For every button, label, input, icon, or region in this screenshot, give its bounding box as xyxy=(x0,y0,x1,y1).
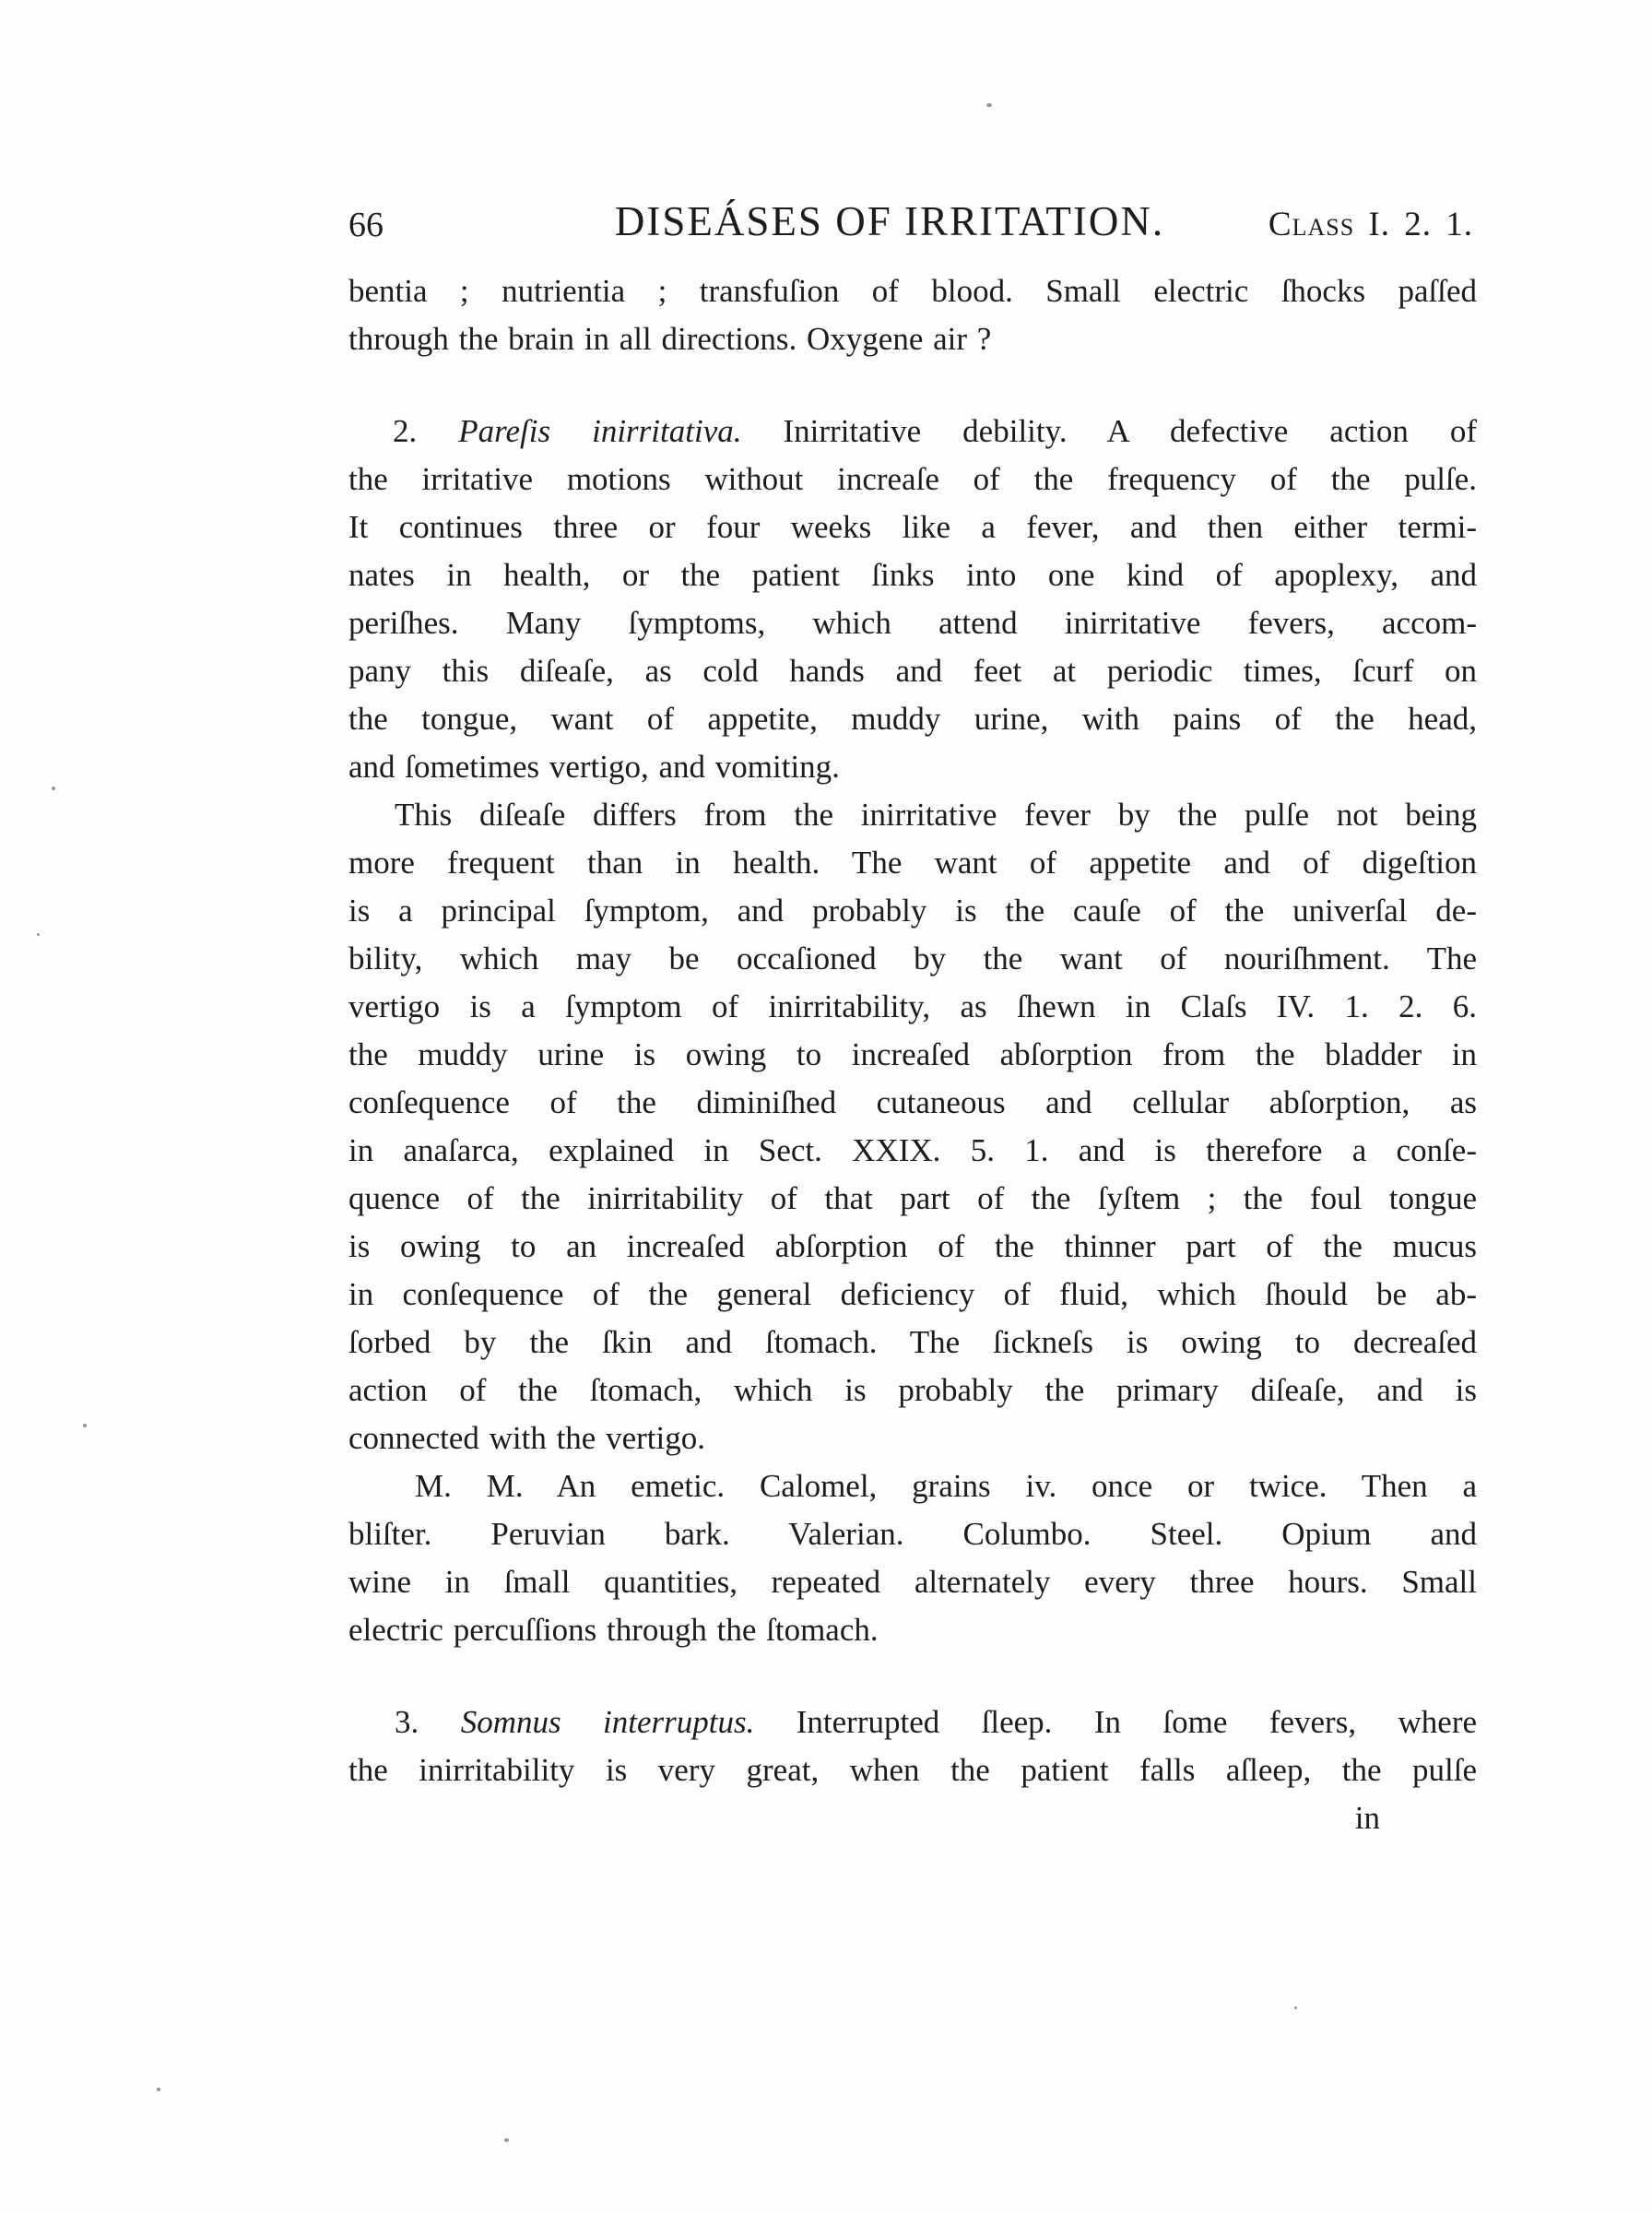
text-line: the irritative motions without increaſe … xyxy=(348,456,1477,503)
text-line: 2. Pareſis inirritativa. Inirritative de… xyxy=(348,408,1477,456)
text-line: wine in ſmall quantities, repeated alter… xyxy=(348,1558,1477,1606)
text-segment: is owing to an increaſed abſorption of t… xyxy=(348,1228,1477,1264)
text-line: in conſequence of the general deficiency… xyxy=(348,1271,1477,1319)
text-segment: more frequent than in health. The want o… xyxy=(348,845,1477,881)
text-line: bility, which may be occaſioned by the w… xyxy=(348,935,1477,983)
text-line: This diſeaſe differs from the inirritati… xyxy=(348,791,1477,839)
text-line: 3. Somnus interruptus. Interrupted ſleep… xyxy=(348,1698,1477,1746)
text-line: vertigo is a ſymptom of inirritability, … xyxy=(348,983,1477,1031)
catchword: in xyxy=(348,1794,1477,1842)
paragraph: 2. Pareſis inirritativa. Inirritative de… xyxy=(348,408,1477,791)
running-section-label: Class I. 2. 1. xyxy=(1268,207,1473,243)
text-line: is a principal ſymptom, and probably is … xyxy=(348,887,1477,935)
text-segment: Inirritative debility. A defective actio… xyxy=(741,413,1477,449)
text-segment: bliſter. Peruvian bark. Valerian. Columb… xyxy=(348,1516,1477,1552)
book-page: 66 DISEÁSES OF IRRITATION. Class I. 2. 1… xyxy=(0,0,1652,2213)
text-line: pany this diſeaſe, as cold hands and fee… xyxy=(348,647,1477,695)
text-line: is owing to an increaſed abſorption of t… xyxy=(348,1223,1477,1271)
paragraph: bentia ; nutrientia ; transfuſion of blo… xyxy=(348,267,1477,363)
paragraph: M. M. An emetic. Calomel, grains iv. onc… xyxy=(348,1462,1477,1654)
text-line: the inirritability is very great, when t… xyxy=(348,1746,1477,1794)
text-line: action of the ſtomach, which is probably… xyxy=(348,1367,1477,1414)
text-segment: the irritative motions without increaſe … xyxy=(348,461,1477,497)
text-block: bentia ; nutrientia ; transfuſion of blo… xyxy=(348,267,1477,1842)
ink-speck xyxy=(52,787,55,790)
text-segment: periſhes. Many ſymptoms, which attend in… xyxy=(348,605,1477,641)
ink-speck xyxy=(504,2138,509,2142)
text-line: quence of the inirritability of that par… xyxy=(348,1175,1477,1223)
text-line: the tongue, want of appetite, muddy urin… xyxy=(348,695,1477,743)
text-segment: vertigo is a ſymptom of inirritability, … xyxy=(348,988,1477,1024)
text-segment: wine in ſmall quantities, repeated alter… xyxy=(348,1564,1477,1600)
text-segment: in anaſarca, explained in Sect. XXIX. 5.… xyxy=(348,1132,1477,1168)
text-line: conſequence of the diminiſhed cutaneous … xyxy=(348,1079,1477,1127)
text-line: through the brain in all directions. Oxy… xyxy=(348,315,1477,363)
text-segment: through the brain in all directions. Oxy… xyxy=(348,321,991,357)
text-segment: electric percuſſions through the ſtomach… xyxy=(348,1612,879,1648)
italic-text-segment: Somnus interruptus. xyxy=(461,1704,755,1740)
text-segment: connected with the vertigo. xyxy=(348,1420,705,1456)
text-segment: the inirritability is very great, when t… xyxy=(348,1752,1477,1788)
text-segment: pany this diſeaſe, as cold hands and fee… xyxy=(348,653,1477,689)
text-line: in anaſarca, explained in Sect. XXIX. 5.… xyxy=(348,1127,1477,1175)
text-segment: ſorbed by the ſkin and ſtomach. The ſick… xyxy=(348,1324,1477,1360)
text-line: and ſometimes vertigo, and vomiting. xyxy=(348,743,1477,791)
text-segment: the muddy urine is owing to increaſed ab… xyxy=(348,1036,1477,1072)
text-line: periſhes. Many ſymptoms, which attend in… xyxy=(348,599,1477,647)
ink-speck xyxy=(986,103,992,107)
text-segment: in conſequence of the general deficiency… xyxy=(348,1276,1477,1312)
text-segment: Interrupted ſleep. In ſome fevers, where xyxy=(754,1704,1477,1740)
text-line: ſorbed by the ſkin and ſtomach. The ſick… xyxy=(348,1319,1477,1367)
text-line: It continues three or four weeks like a … xyxy=(348,503,1477,551)
text-segment: quence of the inirritability of that par… xyxy=(348,1180,1477,1216)
text-line: the muddy urine is owing to increaſed ab… xyxy=(348,1031,1477,1079)
text-segment: This diſeaſe differs from the inirritati… xyxy=(395,797,1477,833)
paragraph: This diſeaſe differs from the inirritati… xyxy=(348,791,1477,1462)
ink-speck xyxy=(157,2088,160,2091)
text-segment: conſequence of the diminiſhed cutaneous … xyxy=(348,1084,1477,1120)
text-segment: bility, which may be occaſioned by the w… xyxy=(348,941,1477,976)
running-title: DISEÁSES OF IRRITATION. xyxy=(498,199,1281,243)
text-segment: the tongue, want of appetite, muddy urin… xyxy=(348,701,1477,737)
text-segment: 3. xyxy=(395,1704,461,1740)
text-line: bliſter. Peruvian bark. Valerian. Columb… xyxy=(348,1510,1477,1558)
text-line: electric percuſſions through the ſtomach… xyxy=(348,1606,1477,1654)
text-segment: It continues three or four weeks like a … xyxy=(348,509,1477,545)
text-segment: nates in health, or the patient ſinks in… xyxy=(348,557,1477,593)
text-segment: action of the ſtomach, which is probably… xyxy=(348,1372,1477,1408)
ink-speck xyxy=(1294,2006,1297,2009)
text-line: nates in health, or the patient ſinks in… xyxy=(348,551,1477,599)
paragraph: 3. Somnus interruptus. Interrupted ſleep… xyxy=(348,1698,1477,1794)
text-line: bentia ; nutrientia ; transfuſion of blo… xyxy=(348,267,1477,315)
text-segment: and ſometimes vertigo, and vomiting. xyxy=(348,749,840,785)
text-segment: bentia ; nutrientia ; transfuſion of blo… xyxy=(348,273,1477,309)
page-number: 66 xyxy=(348,207,383,243)
text-segment: 2. xyxy=(393,413,458,449)
italic-text-segment: Pareſis inirritativa. xyxy=(458,413,741,449)
text-line: more frequent than in health. The want o… xyxy=(348,839,1477,887)
text-line: M. M. An emetic. Calomel, grains iv. onc… xyxy=(348,1462,1477,1510)
text-segment: is a principal ſymptom, and probably is … xyxy=(348,893,1477,929)
ink-speck xyxy=(83,1424,87,1427)
text-line: connected with the vertigo. xyxy=(348,1414,1477,1462)
text-segment: M. M. An emetic. Calomel, grains iv. onc… xyxy=(415,1468,1477,1504)
ink-speck xyxy=(37,933,40,936)
paragraph-list: bentia ; nutrientia ; transfuſion of blo… xyxy=(348,267,1477,1794)
